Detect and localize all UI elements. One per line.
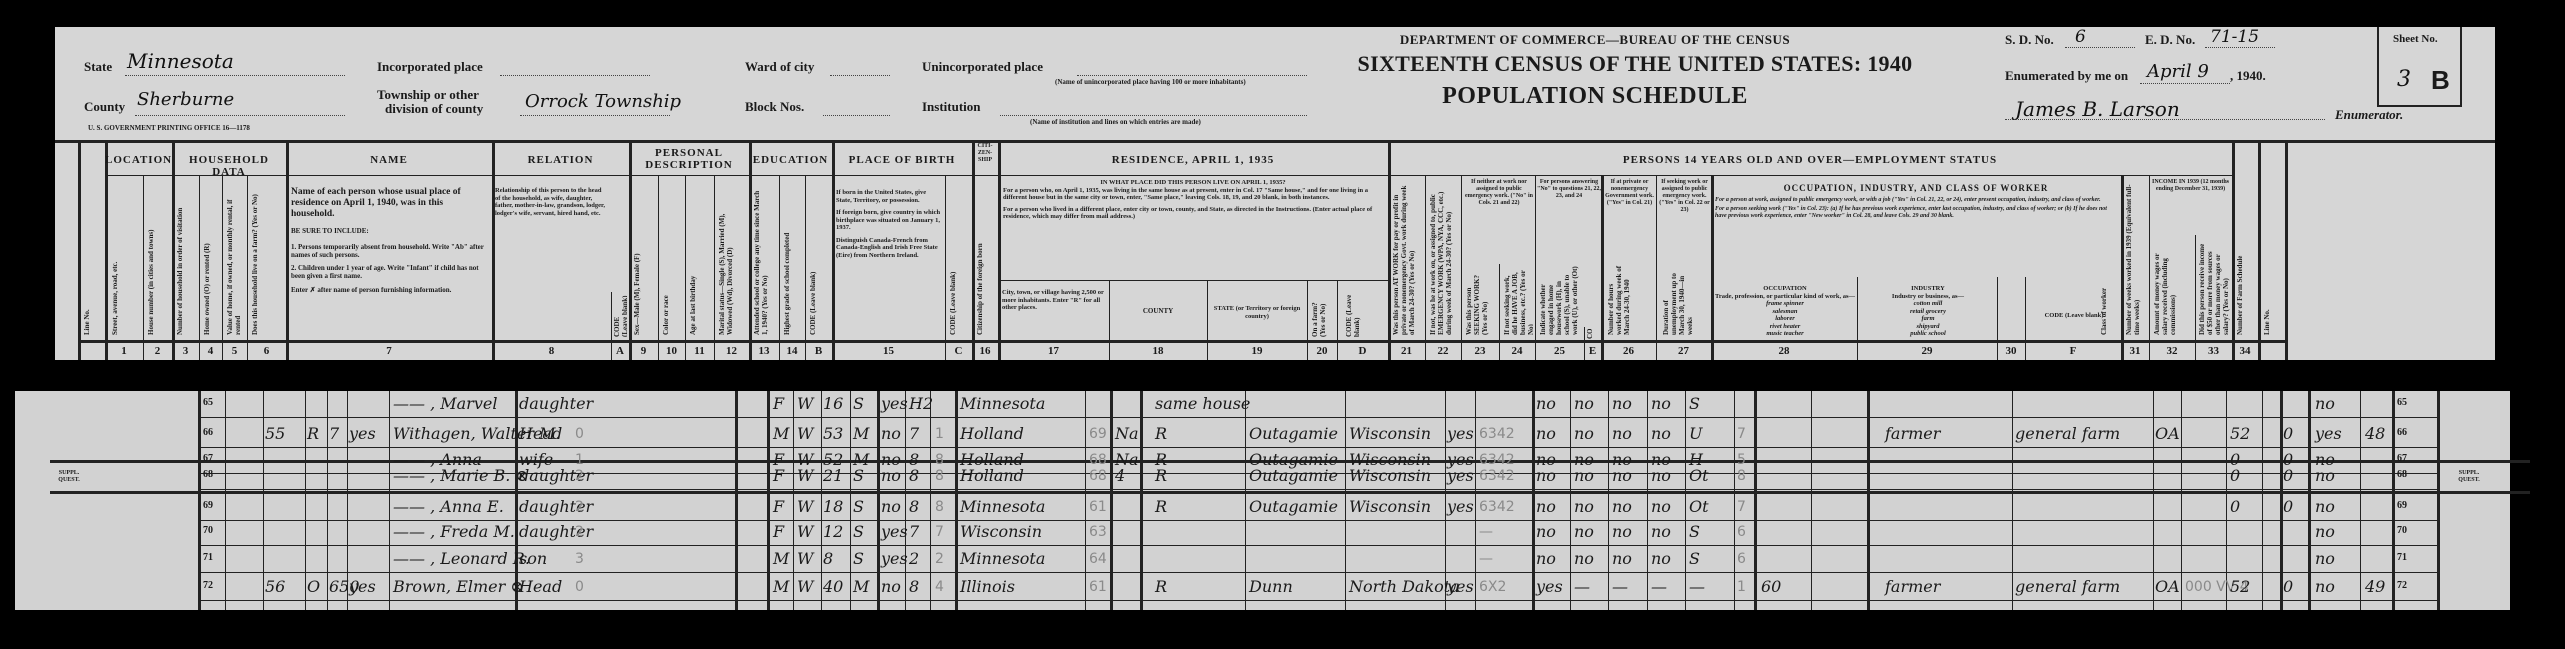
- cell-other-inc: no: [2315, 394, 2359, 414]
- column-number: 20: [1307, 345, 1337, 357]
- enumerated-year: , 1940.: [2230, 68, 2266, 84]
- birth-desc-3: Distinguish Canada-French from Canada-En…: [836, 237, 942, 260]
- farm-schedule-header: Number of Farm Schedule: [2236, 187, 2256, 335]
- cell-res-city: R: [1155, 577, 1243, 597]
- cell-c24: no: [1651, 549, 1685, 569]
- column-number: D: [1337, 345, 1388, 357]
- column-number: 32: [2149, 345, 2195, 357]
- row-rule: [198, 520, 2437, 521]
- cell-school: no: [881, 466, 905, 486]
- sd-value: 6: [2075, 27, 2086, 47]
- cell-c22: no: [1574, 394, 1608, 414]
- code-a-header: CODE (Leave blank): [613, 295, 627, 337]
- ind-example: public school: [1861, 330, 1995, 338]
- form-header-panel: State Minnesota County Sherburne U. S. G…: [55, 27, 2495, 360]
- cell-c25: Ot: [1689, 466, 1733, 486]
- cell-school: yes: [881, 522, 908, 542]
- column-number: 18: [1109, 345, 1207, 357]
- cell-res-county: Dunn: [1249, 577, 1344, 597]
- cell-marital: S: [853, 522, 875, 542]
- cell-code-d: —: [1479, 522, 1531, 542]
- line-number: 66: [203, 427, 213, 438]
- grade-header: Highest grade of school completed: [783, 187, 803, 335]
- cell-birthplace: Illinois: [960, 577, 1085, 597]
- rule: [389, 391, 390, 610]
- name-rule-2: 2. Children under 1 year of age. Write "…: [291, 264, 487, 280]
- rule: [905, 391, 906, 610]
- cell-age: 16: [823, 394, 849, 414]
- cell-marital: S: [853, 497, 875, 517]
- group-household: HOUSEHOLD DATA: [172, 154, 286, 178]
- industry-col-desc: INDUSTRY Industry or business, as— cotto…: [1861, 285, 1995, 338]
- cell-c22: no: [1574, 522, 1608, 542]
- rule: [105, 140, 108, 360]
- cell-code-e: 7: [1737, 497, 1753, 517]
- emp-26-header: Number of hours worked during week of Ma…: [1607, 263, 1653, 335]
- rule: [1345, 391, 1346, 610]
- class-worker-header: Class of worker: [2100, 283, 2118, 335]
- cell-res-county: Outagamie: [1249, 466, 1344, 486]
- cell-citizenship: 4: [1115, 466, 1139, 486]
- rule: [2149, 175, 2150, 360]
- cell-c26: 60: [1761, 577, 1809, 597]
- cell-wages: 0: [2283, 466, 2307, 486]
- cell-c21: no: [1536, 466, 1570, 486]
- cell-age: 12: [823, 522, 849, 542]
- group-income: INCOME IN 1939 (12 months ending Decembe…: [2149, 179, 2232, 193]
- cell-class: OA: [2155, 577, 2181, 597]
- occupation-desc: Trade, profession, or particular kind of…: [1715, 293, 1855, 301]
- cell-c22: —: [1574, 577, 1608, 597]
- state-underline: [125, 75, 345, 76]
- ind-example: farm: [1861, 315, 1995, 323]
- rule: [1647, 391, 1648, 610]
- cell-marital: S: [853, 466, 875, 486]
- cell-code-b: 2: [935, 549, 953, 569]
- cell-c21: no: [1536, 424, 1570, 444]
- occ-example: laborer: [1715, 315, 1855, 323]
- cell-wages: 0: [2283, 497, 2307, 517]
- rule: [199, 175, 200, 360]
- cell-age: 18: [823, 497, 849, 517]
- sd-label: S. D. No.: [2005, 32, 2054, 48]
- cell-c23: no: [1612, 424, 1646, 444]
- rule: [1608, 391, 1609, 610]
- cell-sex: F: [773, 497, 793, 517]
- cell-relation: Head: [519, 424, 629, 444]
- rule: [2181, 391, 2182, 610]
- incorporated-label: Incorporated place: [377, 59, 483, 75]
- county-label: County: [84, 99, 125, 115]
- census-data-panel: SUPPL. QUEST. SUPPL. QUEST. 6565—— , Mar…: [15, 391, 2510, 610]
- cell-farm-sched: 48: [2365, 424, 2391, 444]
- cell-relation: Head: [519, 577, 629, 597]
- occ-example: music teacher: [1715, 330, 1855, 338]
- line-number: 65: [203, 397, 213, 408]
- rule: [779, 175, 780, 360]
- cell-c23: —: [1612, 577, 1646, 597]
- cell-birthplace: Minnesota: [960, 497, 1085, 517]
- rule: [2285, 140, 2288, 360]
- cell-farm: yes: [349, 424, 389, 444]
- name-instructions: Name of each person whose usual place of…: [291, 187, 487, 296]
- rule: [749, 140, 752, 360]
- township-label-2: division of county: [385, 101, 483, 117]
- cell-age: 40: [823, 577, 849, 597]
- line-no-header: Line No.: [83, 187, 101, 335]
- cell-code-e: 7: [1737, 424, 1753, 444]
- cell-sex: M: [773, 424, 793, 444]
- column-number: 4: [199, 345, 222, 357]
- rule: [1475, 391, 1476, 610]
- cell-citizenship: Na: [1115, 424, 1139, 444]
- rule: [945, 175, 946, 360]
- line-number: 67: [203, 453, 213, 464]
- column-number: 26: [1601, 345, 1656, 357]
- residence-instructions: IN WHAT PLACE DID THIS PERSON LIVE ON AP…: [1003, 179, 1383, 221]
- industry-desc: Industry or business, as—: [1861, 293, 1995, 301]
- cell-marital: S: [853, 394, 875, 414]
- cell-c23: no: [1612, 394, 1646, 414]
- block-underline: [823, 115, 890, 116]
- cell-weeks: 0: [2230, 497, 2260, 517]
- cell-school: no: [881, 424, 905, 444]
- cell-sex: F: [773, 522, 793, 542]
- res-farm-header: On a farm? (Yes or No): [1311, 289, 1335, 337]
- cell-color: W: [797, 577, 819, 597]
- cell-weeks: 52: [2230, 577, 2260, 597]
- cell-c25: U: [1689, 424, 1733, 444]
- line-number: 71: [203, 552, 213, 563]
- rule: [1140, 391, 1143, 610]
- rule: [2012, 391, 2013, 610]
- enumerator-underline: [2005, 119, 2325, 120]
- cell-color: W: [797, 549, 819, 569]
- cell-farm-sched: 49: [2365, 577, 2391, 597]
- cell-sex: F: [773, 394, 793, 414]
- rule: [78, 140, 81, 360]
- group-education: EDUCATION: [749, 154, 832, 166]
- cell-c21: no: [1536, 549, 1570, 569]
- ed-value: 71-15: [2210, 27, 2259, 47]
- cell-relation: daughter: [519, 497, 629, 517]
- rule: [1461, 175, 1462, 360]
- ind-example: shipyard: [1861, 323, 1995, 331]
- cell-code-c: 68: [1089, 466, 1109, 486]
- cell-hh: 56: [265, 577, 305, 597]
- cell-birthplace: Minnesota: [960, 549, 1085, 569]
- county-value: Sherburne: [137, 89, 234, 110]
- code-d-header: CODE (Leave blank): [1345, 289, 1385, 337]
- cell-res-state: North Dakota: [1349, 577, 1460, 597]
- cell-res-county: Outagamie: [1249, 424, 1344, 444]
- industry-title: INDUSTRY: [1861, 285, 1995, 293]
- column-number: 34: [2232, 345, 2258, 357]
- cell-name: —— , Marie B. ⊗: [393, 466, 529, 486]
- rule: [658, 175, 659, 360]
- relation-desc: Relationship of this person to the head …: [495, 187, 607, 217]
- rule: [2392, 391, 2395, 610]
- weeks-worked-header: Number of weeks worked in 1939 (Equivale…: [2125, 179, 2147, 335]
- state-label: State: [84, 59, 112, 75]
- cell-grade: 8: [909, 497, 929, 517]
- emp-code-e-header: CODE: [1586, 329, 1600, 339]
- column-number: 5: [222, 345, 247, 357]
- cell-res-city: same house: [1155, 394, 1250, 414]
- res-state-desc: STATE (or Territory or foreign country): [1209, 305, 1305, 320]
- school-header: Attended school or college any time sinc…: [753, 187, 777, 335]
- rule: [832, 140, 835, 360]
- line-no-right-header: Line No.: [2263, 257, 2281, 335]
- marital-header: Marital status—Single (S), Married (M), …: [718, 187, 746, 335]
- emp-26-head: If at private or nonemergency Government…: [1603, 179, 1656, 207]
- cell-code-a: 2: [575, 466, 595, 486]
- cell-relation: daughter: [519, 522, 629, 542]
- rule: [767, 391, 770, 610]
- cell-color: W: [797, 424, 819, 444]
- column-number: 19: [1207, 345, 1307, 357]
- code-b-header: CODE (Leave blank): [809, 187, 829, 335]
- line-number: 70: [203, 525, 213, 536]
- rule: [1685, 391, 1686, 610]
- cell-code-d: —: [1479, 549, 1531, 569]
- rule: [263, 391, 264, 610]
- code-c-header: CODE (Leave blank): [949, 187, 969, 335]
- cell-grade: 8: [909, 466, 929, 486]
- column-number: F: [2025, 345, 2121, 357]
- cell-school: yes: [881, 549, 908, 569]
- cell-code-b: 4: [935, 577, 953, 597]
- unincorporated-underline: [1077, 75, 1307, 76]
- occ-example: salesman: [1715, 308, 1855, 316]
- rule: [225, 391, 226, 610]
- column-number: 6: [247, 345, 286, 357]
- ed-underline: [2205, 47, 2275, 48]
- rule: [327, 391, 328, 610]
- column-number: 13: [749, 345, 779, 357]
- sheet-label: Sheet No.: [2393, 33, 2438, 45]
- emp-27-head: If seeking work or assigned to public em…: [1658, 179, 1711, 214]
- column-number: 27: [1656, 345, 1711, 357]
- cell-age: 53: [823, 424, 849, 444]
- cell-code-d: 6342: [1479, 466, 1531, 486]
- cell-name: Brown, Elmer ⊗: [393, 577, 524, 597]
- suppl-rule-bottom: [50, 491, 2530, 494]
- rule: [1535, 175, 1536, 360]
- suppl-quest-right: SUPPL. QUEST.: [2455, 470, 2483, 484]
- cell-school: no: [881, 577, 905, 597]
- row-rule: [198, 489, 2437, 490]
- occ-desc-1: For a person at work, assigned to public…: [1715, 197, 2117, 204]
- rule: [629, 140, 632, 360]
- cell-res-city: R: [1155, 424, 1243, 444]
- cell-class: OA: [2155, 424, 2181, 444]
- cell-school: no: [881, 497, 905, 517]
- suppl-quest-left: SUPPL. QUEST.: [55, 470, 83, 484]
- cell-code-c: 61: [1089, 577, 1109, 597]
- county-underline: [135, 115, 345, 116]
- line-number-right: 68: [2397, 469, 2407, 480]
- group-location: LOCATION: [105, 154, 172, 166]
- cell-relation: daughter: [519, 394, 629, 414]
- rule: [714, 175, 715, 360]
- row-rule: [198, 600, 2437, 601]
- township-underline: [520, 115, 670, 116]
- group-personal: PERSONAL DESCRIPTION: [629, 147, 749, 171]
- occ-example: frame spinner: [1715, 300, 1855, 308]
- rule: [1388, 140, 1391, 360]
- birth-instructions: If born in the United States, give State…: [836, 189, 942, 259]
- rule: [2232, 140, 2235, 360]
- cell-weeks: 0: [2230, 466, 2260, 486]
- name-desc: Name of each person whose usual place of…: [291, 187, 487, 220]
- rule: [877, 391, 880, 610]
- cell-code-d: 6X2: [1479, 577, 1531, 597]
- rule: [2262, 391, 2263, 610]
- birth-desc-2: If foreign born, give country in which b…: [836, 209, 942, 232]
- rule: [1425, 175, 1426, 360]
- rule: [1532, 391, 1535, 610]
- cell-c23: no: [1612, 522, 1646, 542]
- group-name: NAME: [286, 154, 492, 166]
- res-city-desc: City, town, or village having 2,500 or m…: [1002, 289, 1106, 312]
- cell-c24: no: [1651, 522, 1685, 542]
- rule: [735, 391, 738, 610]
- ward-underline: [830, 75, 890, 76]
- farm-header: Does this household live on a farm? (Yes…: [251, 187, 283, 335]
- column-number: 24: [1499, 345, 1535, 357]
- cell-code-a: 2: [575, 522, 595, 542]
- cell-res-farm: yes: [1447, 466, 1475, 486]
- group-occupation: OCCUPATION, INDUSTRY, AND CLASS OF WORKE…: [1711, 182, 2121, 194]
- occupation-col-desc: OCCUPATION Trade, profession, or particu…: [1715, 285, 1855, 338]
- cell-c23: no: [1612, 497, 1646, 517]
- row-rule: [198, 447, 2437, 448]
- birth-desc-1: If born in the United States, give State…: [836, 189, 942, 204]
- cell-relation: daughter: [519, 466, 629, 486]
- column-number: 31: [2121, 345, 2149, 357]
- group-citizenship: CITI-ZEN-SHIP: [972, 143, 998, 164]
- cell-code-c: 61: [1089, 497, 1109, 517]
- enumerator-label: Enumerator.: [2335, 107, 2403, 123]
- cell-code-a: 2: [575, 497, 595, 517]
- rule: [1754, 391, 1757, 610]
- rule: [2121, 175, 2124, 360]
- cell-sex: M: [773, 577, 793, 597]
- cell-marital: M: [853, 577, 875, 597]
- state-value: Minnesota: [127, 49, 234, 73]
- cell-code-d: 6342: [1479, 424, 1531, 444]
- street-header: Street, avenue, road, etc.: [111, 187, 139, 335]
- rule: [305, 391, 306, 610]
- cell-code-a: 3: [575, 549, 595, 569]
- block-label: Block Nos.: [745, 99, 804, 115]
- cell-color: W: [797, 466, 819, 486]
- emp-22-header: If not, was he at work on, or assigned t…: [1429, 179, 1459, 335]
- cell-code-b: 1: [935, 424, 953, 444]
- rule: [222, 175, 223, 360]
- cell-wages: 0: [2283, 577, 2307, 597]
- cell-c21: no: [1536, 497, 1570, 517]
- rule: [998, 140, 1001, 360]
- cell-name: —— , Freda M.: [393, 522, 515, 542]
- column-number: 16: [972, 345, 998, 357]
- sheet-side: B: [2431, 65, 2450, 96]
- cell-c24: no: [1651, 466, 1685, 486]
- cell-code-b: 7: [935, 522, 953, 542]
- cell-code-c: 64: [1089, 549, 1109, 569]
- cell-age: 21: [823, 466, 849, 486]
- cell-code-e: 1: [1737, 577, 1753, 597]
- line-number-right: 66: [2397, 427, 2407, 438]
- residence-desc-1: For a person who, on April 1, 1935, was …: [1003, 187, 1383, 202]
- cell-wages: 0: [2283, 424, 2307, 444]
- cell-c25: Ot: [1689, 497, 1733, 517]
- column-number: 14: [779, 345, 805, 357]
- cell-color: W: [797, 394, 819, 414]
- citizenship-header: Citizenship of the foreign born: [976, 187, 996, 335]
- column-number: 28: [1711, 345, 1857, 357]
- column-number: 8: [492, 345, 611, 357]
- line-number-right: 67: [2397, 453, 2407, 464]
- cell-code-c: 63: [1089, 522, 1109, 542]
- occupation-title: OCCUPATION: [1715, 285, 1855, 293]
- column-number: 21: [1388, 345, 1425, 357]
- rule: [850, 391, 851, 610]
- column-number: 7: [286, 345, 492, 357]
- enumerated-label: Enumerated by me on: [2005, 68, 2128, 84]
- house-number-header: House number (in cities and towns): [147, 187, 169, 335]
- cell-name: —— , Leonard R.: [393, 549, 530, 569]
- column-number: 10: [658, 345, 685, 357]
- cell-c24: no: [1651, 424, 1685, 444]
- cell-c21: no: [1536, 394, 1570, 414]
- column-number: 23: [1461, 345, 1499, 357]
- cell-c24: —: [1651, 577, 1685, 597]
- header-top-rule: [55, 140, 2495, 143]
- rule: [955, 391, 958, 610]
- column-number: 30: [1997, 345, 2025, 357]
- cell-other-inc: yes: [2315, 424, 2359, 444]
- rule: [821, 391, 822, 610]
- cell-c23: no: [1612, 549, 1646, 569]
- cell-other-inc: no: [2315, 522, 2359, 542]
- emp-24-header: If not seeking work, did he HAVE A JOB, …: [1503, 267, 1533, 335]
- column-number: 29: [1857, 345, 1997, 357]
- column-number: 3: [172, 345, 199, 357]
- group-residence: RESIDENCE, APRIL 1, 1935: [998, 154, 1388, 166]
- line-number: 72: [203, 580, 213, 591]
- cell-code-e: 8: [1737, 466, 1753, 486]
- cell-c22: no: [1574, 549, 1608, 569]
- cell-c21: yes: [1536, 577, 1570, 597]
- name-rule-3: Enter ✗ after name of person furnishing …: [291, 285, 487, 296]
- sheet-number-box: Sheet No. 3 B: [2377, 27, 2462, 107]
- cell-code-e: 6: [1737, 522, 1753, 542]
- cell-code-a: 0: [575, 424, 595, 444]
- cell-color: W: [797, 522, 819, 542]
- cell-industry: general farm: [2015, 424, 2151, 444]
- column-number: C: [945, 345, 972, 357]
- rule: [2308, 391, 2311, 610]
- cell-birthplace: Holland: [960, 424, 1085, 444]
- rule: [105, 175, 2232, 176]
- incorporated-underline: [500, 75, 650, 76]
- ind-example: retail grocery: [1861, 308, 1995, 316]
- line-number-right: 71: [2397, 552, 2407, 563]
- ind-example: cotton mill: [1861, 300, 1995, 308]
- cell-res-state: Wisconsin: [1349, 466, 1444, 486]
